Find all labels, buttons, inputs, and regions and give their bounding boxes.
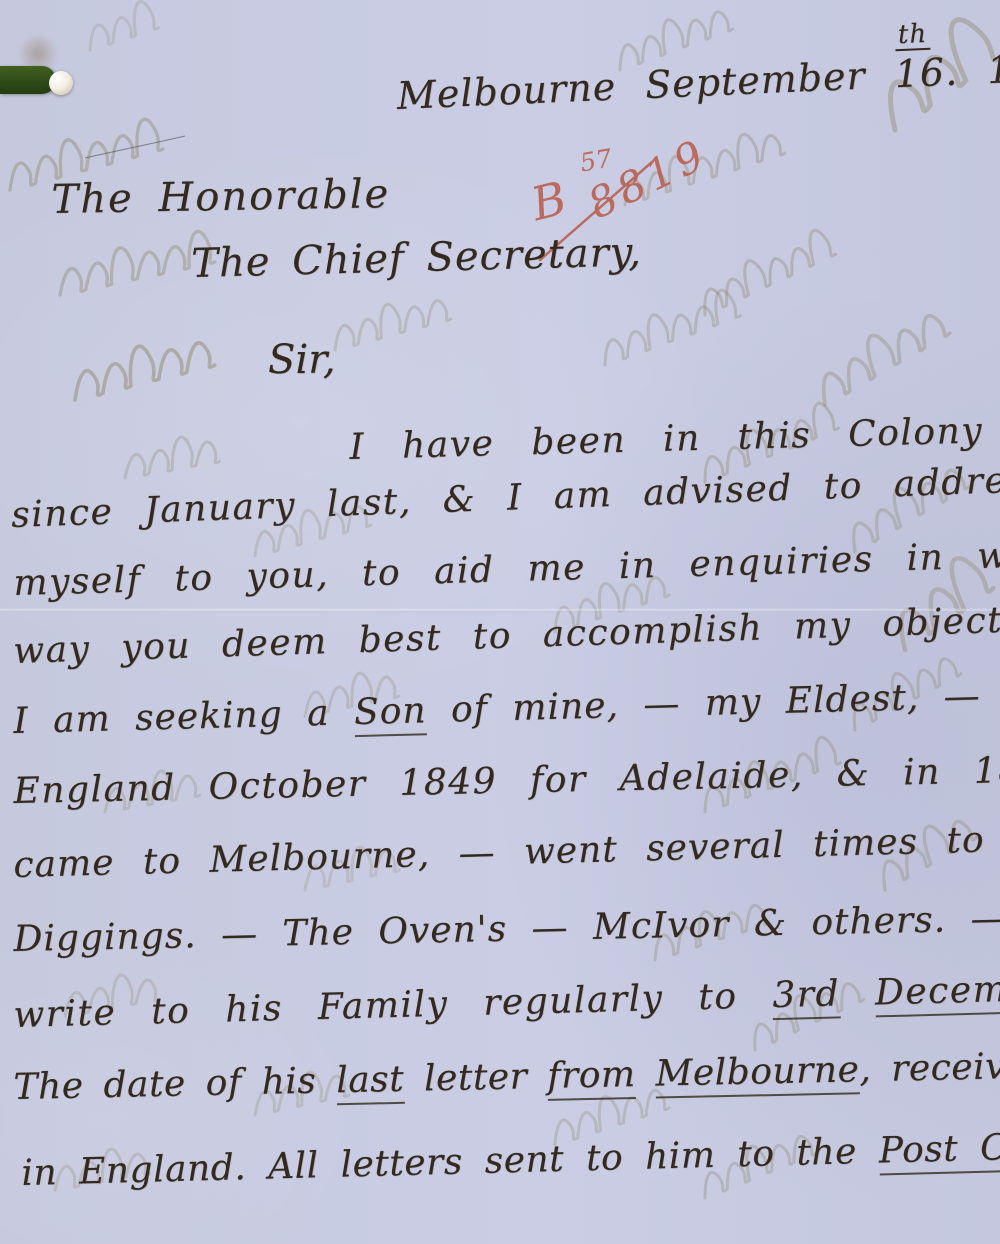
text-segment: Diggings. — The Oven's — McIvor & others… — [13, 894, 1000, 960]
text-segment: 3rd — [772, 973, 841, 1020]
body-line-3: myself to you, to aid me in enquiries in… — [13, 532, 1000, 605]
text-segment: Melbourne — [655, 1049, 860, 1098]
body-line-11: in England. All letters sent to him to t… — [21, 1124, 1000, 1195]
text-segment: 1857— — [957, 42, 1000, 93]
text-segment — [635, 1054, 656, 1095]
bleedthrough-stroke — [66, 330, 215, 401]
body-line-9: write to his Family regularly to 3rd Dec… — [13, 963, 1000, 1037]
body-line-10: The date of his last letter from Melbour… — [13, 1044, 1000, 1109]
text-segment: Son — [353, 690, 427, 737]
text-segment: letter — [404, 1056, 548, 1100]
text-segment: since January last, & I am advised to ad… — [11, 459, 1000, 536]
text-segment: of mine, — my Eldest, — who left — [426, 671, 1000, 732]
text-segment: England October 1849 for Adelaide, & in … — [13, 749, 1000, 812]
body-line-5: I am seeking a Son of mine, — my Eldest,… — [13, 670, 1000, 744]
binding-tape — [0, 66, 56, 94]
text-segment: 16.th — [894, 50, 959, 97]
salutation: Sir, — [268, 336, 336, 384]
body-line-6: England October 1849 for Adelaide, & in … — [13, 748, 1000, 813]
bleedthrough-stroke — [595, 287, 741, 366]
text-segment: The date of his — [13, 1060, 337, 1108]
superscript: th — [894, 21, 930, 52]
text-segment: , received — [859, 1045, 1000, 1090]
text-segment: myself to you, to aid me in enquiries in… — [13, 533, 1000, 604]
text-segment: Melbourne September — [396, 52, 896, 118]
body-line-2: since January last, & I am advised to ad… — [10, 458, 1000, 537]
bleedthrough-stroke — [81, 0, 159, 51]
text-segment: write to his Family regularly to — [13, 975, 773, 1036]
body-line-4: way you deem best to accomplish my objec… — [13, 599, 1000, 674]
text-segment — [840, 972, 876, 1014]
letter-page: Melbourne September 16.th 1857— B 57 881… — [0, 0, 1000, 1244]
paper-fastener — [49, 71, 73, 95]
text-segment: from — [547, 1054, 636, 1101]
bleedthrough-stroke — [327, 289, 451, 350]
addressee-honorable: The Honorable — [51, 170, 390, 224]
text-segment: came to Melbourne, — went several times … — [13, 817, 1000, 886]
body-line-8: Diggings. — The Oven's — McIvor & others… — [13, 893, 1000, 961]
bleedthrough-stroke — [807, 301, 950, 406]
text-segment: way you deem best to accomplish my objec… — [13, 600, 1000, 672]
text-segment: December — [874, 967, 1000, 1017]
text-segment: last — [336, 1059, 405, 1105]
text-segment: I am seeking a — [13, 692, 355, 742]
text-segment: I have been in this Colony — [349, 410, 984, 468]
stray-pen-line — [85, 136, 185, 158]
bleedthrough-stroke — [120, 431, 220, 479]
body-line-7: came to Melbourne, — went several times … — [13, 816, 1000, 887]
text-segment: Post Office — [878, 1125, 1000, 1176]
text-segment: in England. All letters sent to him to t… — [21, 1131, 879, 1194]
dateline: Melbourne September 16.th 1857— — [396, 42, 1000, 119]
body-line-1: I have been in this Colony — [349, 409, 984, 469]
